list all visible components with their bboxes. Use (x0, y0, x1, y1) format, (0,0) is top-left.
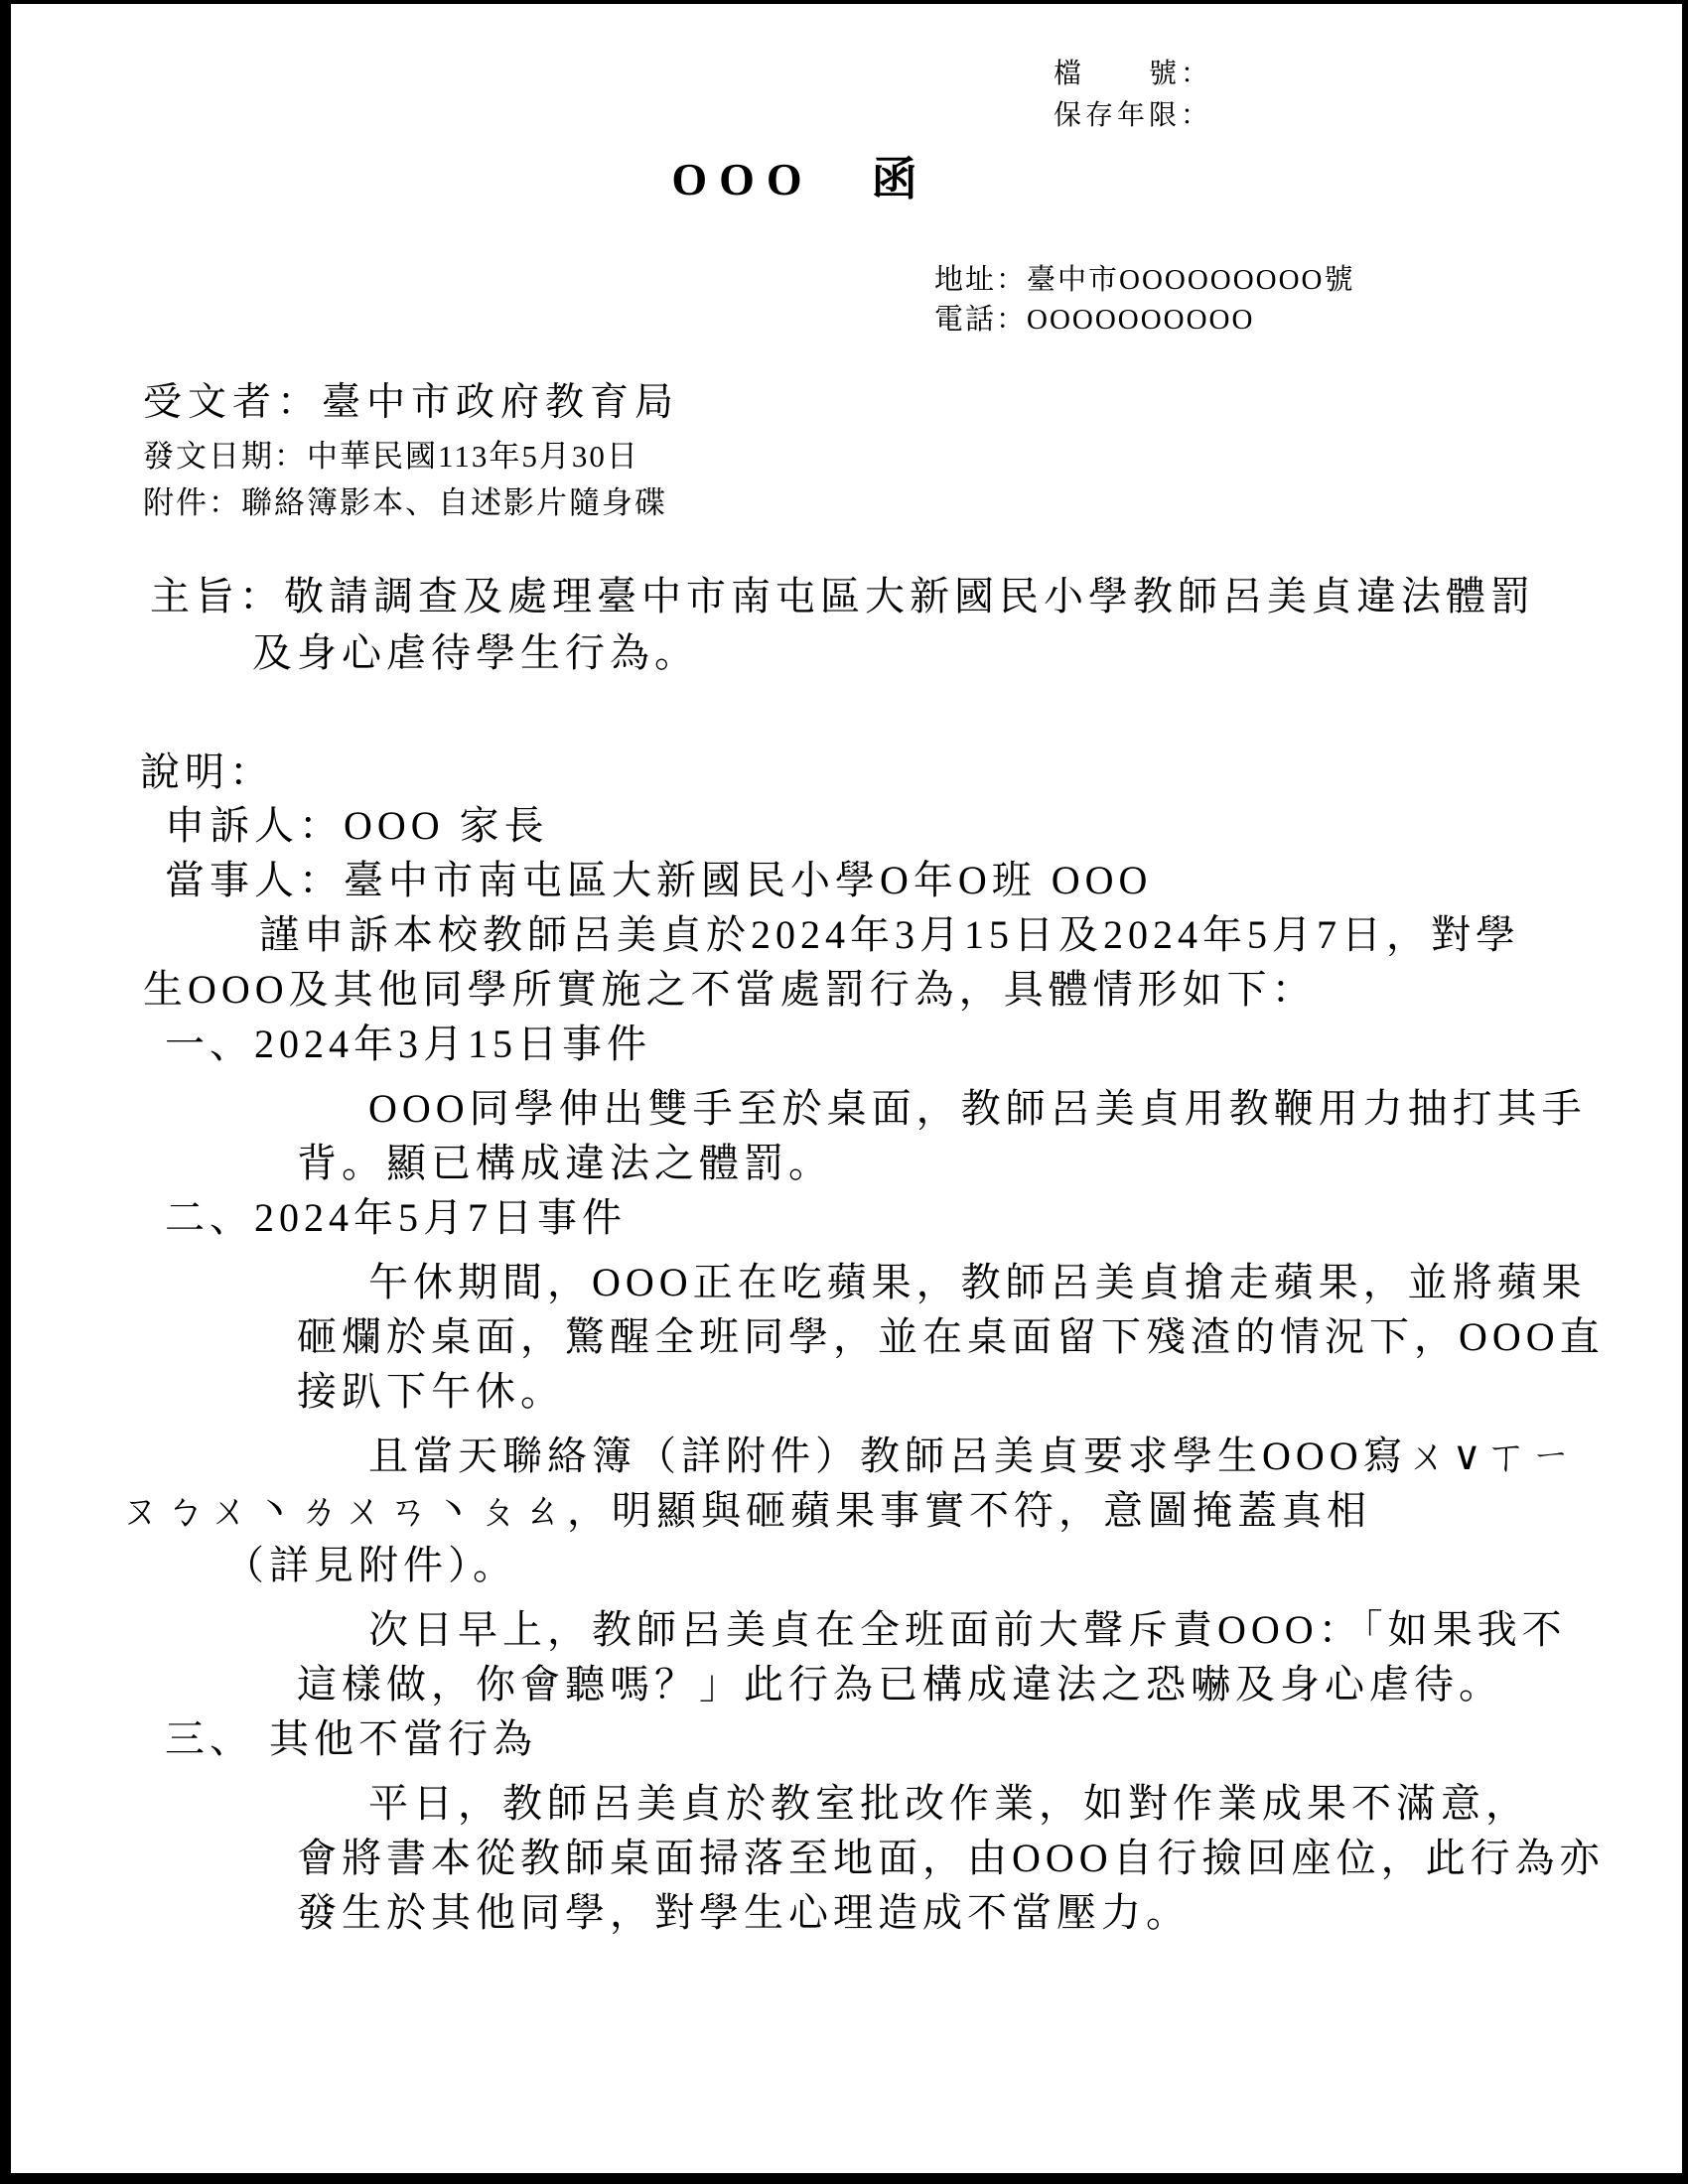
notebook-line-2: ㄡㄅㄨ丶ㄌㄨㄢ丶ㄆㄠ，明顯與砸蘋果事實不符，意圖掩蓋真相 (120, 1483, 1688, 1538)
incident-2-line-3: 接趴下午休。 (297, 1364, 1688, 1419)
petition-line-1: 謹申訴本校教師呂美貞於2024年3月15日及2024年5月7日，對學 (259, 907, 1688, 962)
incident-2-line-2: 砸爛於桌面，驚醒全班同學，並在桌面留下殘渣的情況下，OOO直 (297, 1309, 1688, 1364)
sender-address: 地址：臺中市OOOOOOOOO號 (934, 260, 1355, 300)
issue-date-line: 發文日期：中華民國113年5月30日 (143, 431, 639, 476)
notebook-line-1: 且當天聯絡簿（詳附件）教師呂美貞要求學生OOO寫ㄨ∨ㄒㄧ (368, 1429, 1688, 1483)
scanned-document-page: 檔 號： 保存年限： OOO 函 地址：臺中市OOOOOOOOO號 電話：OOO… (0, 0, 1688, 2184)
incident-3-heading: 三、 其他不當行為 (165, 1711, 1688, 1766)
petition-line-2: 生OOO及其他同學所實施之不當處罰行為，具體情形如下： (143, 962, 1688, 1017)
incident-1-line-2: 背。顯已構成違法之體罰。 (297, 1136, 1688, 1190)
party-line: 當事人：臺中市南屯區大新國民小學O年O班 OOO (165, 853, 1688, 907)
scolding-line-1: 次日早上，教師呂美貞在全班面前大聲斥責OOO：「如果我不 (368, 1602, 1688, 1657)
notebook-line-3: （詳見附件）。 (224, 1538, 1688, 1592)
incident-2-line-1: 午休期間，OOO正在吃蘋果，教師呂美貞搶走蘋果，並將蘋果 (368, 1255, 1688, 1309)
retention-period-label: 保存年限： (1054, 95, 1212, 137)
recipient-line: 受文者：臺中市政府教育局 (143, 371, 679, 427)
archival-meta-block: 檔 號： 保存年限： (1054, 54, 1212, 137)
subject-line-1: 主旨：敬請調查及處理臺中市南屯區大新國民小學教師呂美貞違法體罰 (150, 565, 1535, 621)
sender-contact-block: 地址：臺中市OOOOOOOOO號 電話：OOOOOOOOOO (934, 260, 1355, 340)
incident-3-line-2: 會將書本從教師桌面掃落至地面，由OOO自行撿回座位，此行為亦 (297, 1831, 1688, 1885)
incident-2-heading: 二、2024年5月7日事件 (165, 1190, 1688, 1245)
incident-3-line-3: 發生於其他同學，對學生心理造成不當壓力。 (297, 1885, 1688, 1940)
attachments-line: 附件：聯絡簿影本、自述影片隨身碟 (143, 478, 667, 522)
incident-1-heading: 一、2024年3月15日事件 (165, 1017, 1688, 1071)
scolding-line-2: 這樣做，你會聽嗎？」此行為已構成違法之恐嚇及身心虐待。 (297, 1657, 1688, 1711)
paper-background: 檔 號： 保存年限： OOO 函 地址：臺中市OOOOOOOOO號 電話：OOO… (11, 4, 1682, 2173)
sender-phone: 電話：OOOOOOOOOO (934, 300, 1355, 340)
document-title: OOO 函 (11, 143, 1590, 208)
explanation-heading: 說明： (140, 741, 274, 797)
complainant-line: 申訴人：OOO 家長 (165, 798, 1688, 853)
file-number-label: 檔 號： (1054, 54, 1212, 95)
explanation-body: 申訴人：OOO 家長 當事人：臺中市南屯區大新國民小學O年O班 OOO 謹申訴本… (11, 798, 1688, 1940)
subject-line-2: 及身心虐待學生行為。 (252, 621, 699, 678)
incident-3-line-1: 平日，教師呂美貞於教室批改作業，如對作業成果不滿意， (368, 1776, 1688, 1831)
incident-1-line-1: OOO同學伸出雙手至於桌面，教師呂美貞用教鞭用力抽打其手 (368, 1081, 1688, 1136)
